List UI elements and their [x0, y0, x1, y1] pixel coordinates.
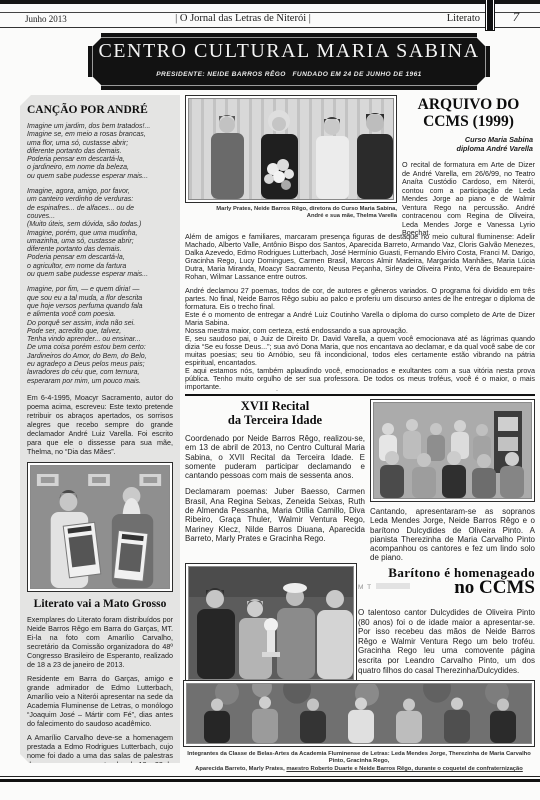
article-paragraph: E, seu saudoso pai, o Juiz de Direito Dr…: [185, 335, 535, 367]
caption-line-1: Integrantes da Classe de Belas-Artes da …: [183, 751, 535, 766]
baritono-watermark: M T: [358, 583, 410, 591]
baritono-watermark-text: M T: [358, 584, 372, 591]
newspaper-page: { "masthead": { "date": "Junho 2013", "j…: [0, 0, 540, 800]
poem-stanza-1: Imagine um jardim, dos bem tratados!... …: [27, 123, 173, 181]
terceira-idade-photo: [370, 399, 535, 502]
recital-1999-photo-image: [188, 98, 394, 200]
caption-line-2: Aparecida Barreto, Marly Prates, maestro…: [183, 766, 535, 773]
main-article: Além de amigos e familiares, marcaram pr…: [185, 233, 535, 391]
article-paragraph: André declamou 27 poemas, todos de cor, …: [185, 287, 535, 311]
mato-grosso-photo: [27, 462, 173, 592]
mato-grosso-paragraph: A Amarílio Carvalho deve-se a homenagem …: [27, 733, 173, 763]
top-black-strip: [0, 0, 540, 4]
caption-line2-start: Aparecida Barreto, Marly Prates,: [195, 766, 286, 772]
masthead-rule-bottom: [0, 27, 540, 28]
section-banner-plaque: CENTRO CULTURAL MARIA SABINA PRESIDENTE:…: [88, 33, 490, 90]
article-paragraph: Este é o momento de entregar a André Lui…: [185, 311, 535, 327]
belas-artes-group-photo: [183, 680, 535, 747]
trophy-photo: [185, 563, 357, 683]
trophy-presentation-illustration: [189, 567, 353, 679]
trophy-photo-image: [188, 566, 354, 680]
recital-terceira-idade-section: XVII Recital da Terceira Idade Coordenad…: [185, 400, 365, 550]
arquivo-subtitle: Curso Maria Sabina diploma André Varella: [402, 136, 533, 153]
arquivo-section: ARQUIVO DO CCMS (1999) Curso Maria Sabin…: [402, 97, 535, 238]
terceira-idade-photo-image: [373, 402, 532, 499]
baritono-body: O talentoso cantor Dulcydides de Oliveir…: [358, 608, 535, 675]
recital-title: XVII Recital da Terceira Idade: [185, 400, 365, 427]
recital-singers-paragraph: Cantando, apresentaram-se as sopranos Le…: [370, 507, 535, 563]
faded-text-block: [376, 583, 410, 589]
recital-paragraph: Coordenado por Neide Barros Rêgo, realiz…: [185, 434, 365, 480]
poem-note: Em 6-4-1995, Moacyr Sacramento, autor do…: [27, 393, 173, 456]
recital-paragraph: Declamaram poemas: Juber Baesso, Carmen …: [185, 487, 365, 543]
mato-grosso-paragraph: Residente em Barra do Garças, amigo e gr…: [27, 674, 173, 728]
page-number: 7: [496, 9, 536, 25]
recital-1999-photo-caption: Marly Prates, Neide Barros Rêgo, diretor…: [185, 206, 397, 220]
footer-rule-thick: [0, 779, 540, 782]
article-paragraph: E aqui estamos nós, também aplaudindo vo…: [185, 367, 535, 391]
banner-title: CENTRO CULTURAL MARIA SABINA: [88, 40, 490, 63]
belas-artes-photo-caption: Integrantes da Classe de Belas-Artes da …: [183, 751, 535, 773]
four-people-with-bouquet-illustration: [189, 99, 393, 199]
arquivo-body: O recital de formatura em Arte de Dizer …: [402, 161, 535, 238]
poem-stanza-2: Imagine, agora, amigo, por favor, um can…: [27, 188, 173, 279]
two-people-with-newspapers-illustration: [31, 466, 169, 588]
left-column-panel: CANÇÃO POR ANDRÉ Imagine um jardim, dos …: [20, 95, 180, 763]
seniors-group-illustration: [374, 403, 531, 498]
article-paragraph: Além de amigos e familiares, marcaram pr…: [185, 233, 535, 281]
footer-rule-thin: [0, 776, 540, 777]
arquivo-title-line2: CCMS (1999): [402, 114, 535, 131]
belas-artes-group-photo-image: [186, 683, 532, 744]
masthead-journal-title: | O Jornal das Letras de Niterói |: [0, 13, 486, 24]
banner-subtitle: PRESIDENTE: NEIDE BARROS RÊGO FUNDADO EM…: [88, 71, 490, 78]
section-divider-rule: [185, 394, 535, 396]
arquivo-title: ARQUIVO DO CCMS (1999): [402, 97, 535, 130]
baritono-heading: Barítono é homenageado no CCMS M T: [352, 566, 535, 597]
mato-grosso-paragraph: Exemplares do Literato foram distribuído…: [27, 615, 173, 669]
recital-1999-photo: [185, 95, 397, 203]
poem-stanza-3: Imagine, por fim, — e quem diria! — que …: [27, 286, 173, 386]
caption-line2-underlined: maestro Roberto Duarte e Neide Barros Rê…: [286, 766, 522, 772]
poem-section-title: CANÇÃO POR ANDRÉ: [27, 104, 173, 116]
masthead-vertical-bar: [486, 0, 494, 30]
masthead-edition: Literato: [420, 13, 480, 24]
arquivo-title-line1: ARQUIVO DO: [402, 97, 535, 114]
mato-grosso-photo-image: [30, 465, 170, 589]
mato-grosso-title: Literato vai a Mato Grosso: [27, 598, 173, 610]
seven-people-row-illustration: [187, 684, 531, 743]
